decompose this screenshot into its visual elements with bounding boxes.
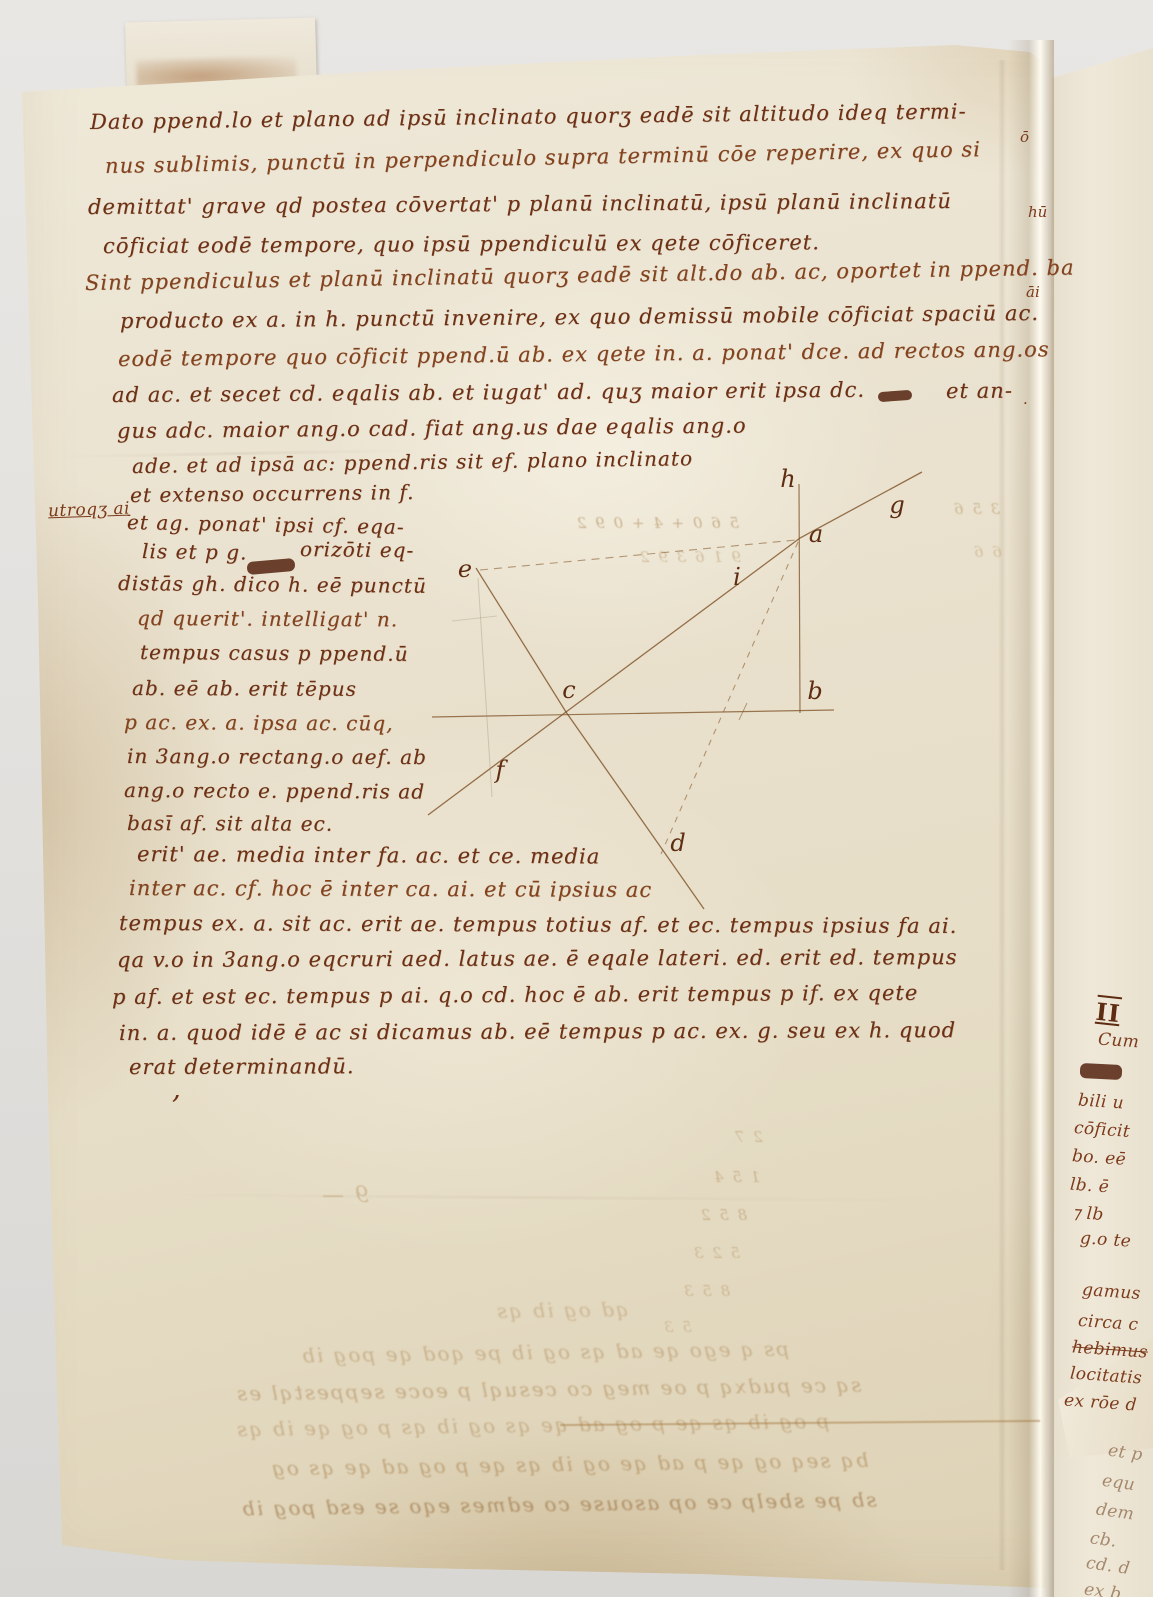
gutter-fragment: hū — [1028, 203, 1047, 221]
diagram-pencil-mark — [452, 616, 497, 621]
facing-fragment: gamus — [1081, 1280, 1141, 1304]
diagram-label-a: a — [809, 520, 823, 548]
diagram-label-c: c — [562, 676, 575, 704]
diagram-label-g: g — [889, 491, 904, 519]
diagram-dashed-ad — [661, 542, 798, 854]
facing-fragment: bo. eē — [1071, 1146, 1126, 1170]
facing-fragment: Cum — [1097, 1030, 1140, 1053]
diagram-pencil-vertical — [478, 578, 492, 797]
bleedthrough-digit-column: 1 5 4 — [712, 1168, 760, 1186]
bleedthrough-digit-column: 5 3 — [662, 1318, 692, 1336]
bleedthrough-digits: 5 6 0 + 4 + 0 9 2 — [575, 514, 739, 532]
bleedthrough-digit-column: 8 5 3 — [682, 1282, 730, 1300]
diagram-label-h: h — [780, 465, 795, 493]
bleedthrough-digits: 6 6 — [972, 543, 1002, 561]
diagram-line-ecd — [476, 568, 704, 909]
photographed-manuscript: Dato ppend.lo et plano ad ipsū inclinato… — [0, 0, 1153, 1597]
gutter-fragment: . — [1023, 390, 1028, 408]
diagram-label-e: e — [458, 555, 472, 583]
bleedthrough-digit-column: 2 7 — [733, 1128, 763, 1146]
gutter-fragment: ō — [1020, 128, 1029, 146]
facing-fragment: ⁊ lb — [1071, 1203, 1104, 1225]
bleedthrough-text-line: qd og ib qs — [495, 1297, 629, 1323]
bleedthrough-digit-column: 5 2 3 — [692, 1244, 740, 1262]
diagram-label-f: f — [496, 756, 505, 784]
diagram-label-d: d — [670, 829, 685, 857]
facing-fragment: bili u — [1077, 1090, 1124, 1113]
diagram-label-i: i — [733, 563, 741, 591]
facing-fragment: lb. ē — [1069, 1175, 1109, 1198]
bleedthrough-digits: 9 1 6 3 9 2 — [638, 548, 741, 566]
bleedthrough-digit-column: 8 5 2 — [699, 1206, 747, 1224]
bleedthrough-digits: 3 5 6 — [952, 500, 1000, 518]
bleedthrough-squiggle: 9 — — [320, 1183, 369, 1208]
diagram-label-b: b — [807, 677, 822, 705]
section-mark: II — [1095, 997, 1122, 1028]
facing-fold-fragment: cb. — [1089, 1528, 1119, 1552]
diagram-line-horizontal-cb — [432, 710, 834, 717]
gutter-fragment: āi — [1026, 283, 1040, 301]
diagram-line-hab-vertical — [799, 484, 800, 713]
facing-scribble — [1080, 1063, 1123, 1080]
facing-fragment: cōficit — [1073, 1118, 1130, 1142]
facing-fragment: circa c — [1077, 1311, 1139, 1335]
facing-fragment: g.o te — [1079, 1228, 1131, 1252]
